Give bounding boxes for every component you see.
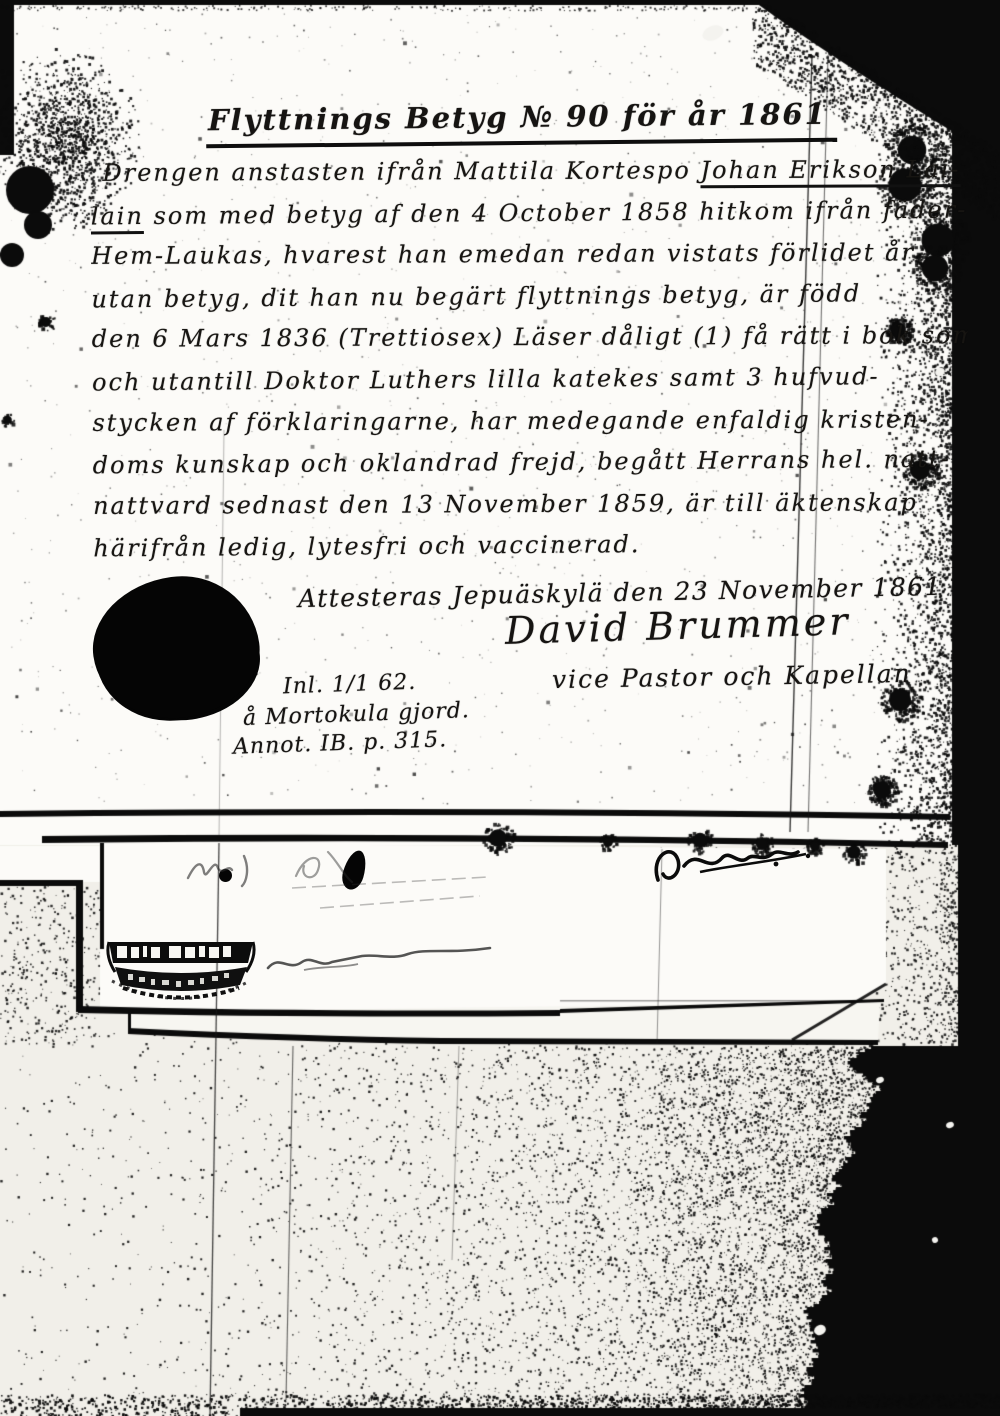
text-segment: Drengen anstasten ifrån Mattila Kortespo (102, 156, 700, 187)
faint-crease-marks (288, 872, 498, 916)
underlined-text: lain (91, 202, 144, 234)
text-segment: Hem-Laukas, hvarest han emedan redan vis… (91, 239, 915, 271)
handwritten-line: Hem-Laukas, hvarest han emedan redan vis… (91, 238, 967, 283)
handwritten-line: nattvard sednast den 13 November 1859, ä… (93, 488, 969, 533)
handwritten-line: utan betyg, dit han nu begärt flyttnings… (91, 278, 967, 326)
text-segment: och utantill Doktor Luthers lilla kateke… (92, 362, 880, 396)
partial-circular-stamp (102, 936, 260, 1010)
text-segment: härifrån ledig, lytesfri och vaccinerad. (93, 530, 640, 562)
text-segment: doms kunskap och oklandrad frejd, begått… (93, 445, 951, 480)
handwritten-line: och utantill Doktor Luthers lilla kateke… (92, 362, 968, 410)
handwritten-line: Drengen anstasten ifrån Mattila Kortespo… (102, 155, 966, 200)
margin-note: Inl. 1/1 62. (283, 670, 417, 700)
text-segment: nattvard sednast den 13 November 1859, ä… (93, 488, 918, 520)
faint-handwriting-scribble (182, 848, 274, 892)
handwritten-line: den 6 Mars 1836 (Trettiosex) Läser dålig… (92, 321, 968, 366)
handwritten-line: doms kunskap och oklandrad frejd, begått… (93, 445, 969, 493)
handwritten-line: härifrån ledig, lytesfri och vaccinerad. (93, 528, 969, 576)
document-body: Drengen anstasten ifrån Mattila Kortespo… (90, 154, 969, 591)
text-segment: den 6 Mars 1836 (Trettiosex) Läser dålig… (92, 321, 970, 353)
document-title: Flyttnings Betyg № 90 för år 1861 (206, 97, 837, 149)
handwritten-line: stycken af förklaringarne, har medegande… (92, 405, 968, 450)
text-segment: som med betyg af den 4 October 1858 hitk… (144, 195, 968, 229)
handwritten-line: lain som med betyg af den 4 October 1858… (91, 195, 967, 243)
faint-handwriting-scribble (262, 944, 498, 982)
slip-second-layer (128, 1004, 880, 1046)
text-segment: stycken af förklaringarne, har medegande… (92, 405, 929, 437)
text-segment: utan betyg, dit han nu begärt flyttnings… (91, 279, 861, 313)
underlined-text: Johan Erikson Lai- (700, 155, 960, 188)
illegible-signature-scribble (648, 836, 820, 894)
scanned-document: Flyttnings Betyg № 90 för år 1861 Drenge… (0, 0, 1000, 1416)
